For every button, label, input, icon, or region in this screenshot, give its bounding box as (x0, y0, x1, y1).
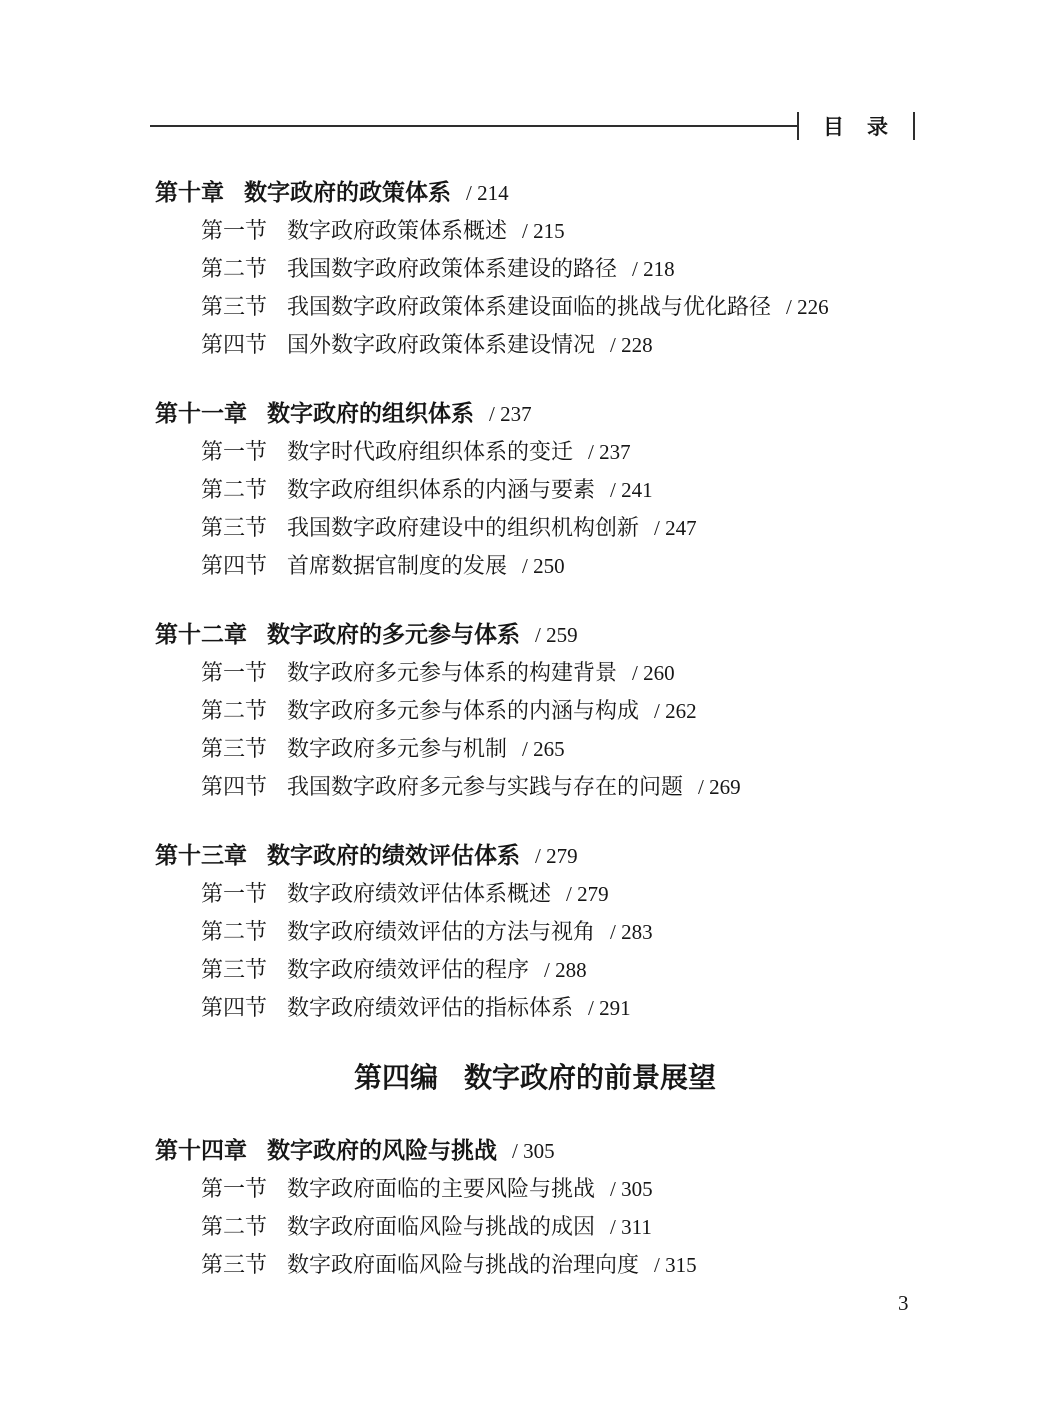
section-title: 我国数字政府多元参与实践与存在的问题 (287, 774, 683, 799)
toc-chapter-entry: 第十四章数字政府的风险与挑战/ 305 (155, 1131, 915, 1170)
toc-section-entry: 第一节数字政府多元参与体系的构建背景/ 260 (155, 654, 915, 692)
toc-section-entry: 第一节数字政府政策体系概述/ 215 (155, 212, 915, 250)
toc-section-entry: 第一节数字时代政府组织体系的变迁/ 237 (155, 433, 915, 471)
section-page-ref: / 218 (632, 257, 675, 281)
toc-section-entry: 第一节数字政府绩效评估体系概述/ 279 (155, 875, 915, 913)
section-title: 数字政府面临风险与挑战的治理向度 (287, 1252, 639, 1277)
section-title: 数字政府绩效评估的指标体系 (287, 995, 573, 1020)
toc-section-entry: 第二节数字政府组织体系的内涵与要素/ 241 (155, 471, 915, 509)
section-number-label: 第二节 (201, 256, 267, 281)
toc-chapter-block: 第十三章数字政府的绩效评估体系/ 279 第一节数字政府绩效评估体系概述/ 27… (155, 836, 915, 1027)
section-page-ref: / 269 (698, 775, 741, 799)
toc-section-entry: 第二节数字政府绩效评估的方法与视角/ 283 (155, 913, 915, 951)
section-number-label: 第三节 (201, 515, 267, 540)
section-page-ref: / 241 (610, 478, 653, 502)
chapter-title: 数字政府的组织体系 (267, 400, 474, 426)
section-number-label: 第三节 (201, 957, 267, 982)
section-page-ref: / 265 (522, 737, 565, 761)
chapter-number-label: 第十一章 (155, 400, 247, 426)
section-page-ref: / 237 (588, 440, 631, 464)
section-number-label: 第二节 (201, 477, 267, 502)
toc-section-entry: 第四节国外数字政府政策体系建设情况/ 228 (155, 326, 915, 364)
toc-chapter-block: 第十二章数字政府的多元参与体系/ 259 第一节数字政府多元参与体系的构建背景/… (155, 615, 915, 806)
section-title: 我国数字政府政策体系建设面临的挑战与优化路径 (287, 294, 771, 319)
section-title: 数字政府多元参与体系的构建背景 (287, 660, 617, 685)
toc-chapter-block: 第十四章数字政府的风险与挑战/ 305 第一节数字政府面临的主要风险与挑战/ 3… (155, 1131, 915, 1284)
section-page-ref: / 311 (610, 1215, 652, 1239)
section-title: 数字时代政府组织体系的变迁 (287, 439, 573, 464)
section-page-ref: / 247 (654, 516, 697, 540)
section-title: 我国数字政府政策体系建设的路径 (287, 256, 617, 281)
section-title: 数字政府绩效评估的程序 (287, 957, 529, 982)
section-page-ref: / 279 (566, 882, 609, 906)
section-page-ref: / 228 (610, 333, 653, 357)
chapter-page-ref: / 259 (535, 623, 578, 647)
part-number-label: 第四编 (354, 1063, 438, 1094)
header-title: 目 录 (799, 111, 913, 141)
section-number-label: 第一节 (201, 1176, 267, 1201)
section-title: 数字政府绩效评估的方法与视角 (287, 919, 595, 944)
section-number-label: 第三节 (201, 294, 267, 319)
section-number-label: 第一节 (201, 660, 267, 685)
toc-section-entry: 第四节我国数字政府多元参与实践与存在的问题/ 269 (155, 768, 915, 806)
toc-chapter-entry: 第十章数字政府的政策体系/ 214 (155, 173, 915, 212)
section-page-ref: / 215 (522, 219, 565, 243)
chapter-number-label: 第十四章 (155, 1137, 247, 1163)
section-number-label: 第三节 (201, 736, 267, 761)
section-title: 数字政府面临的主要风险与挑战 (287, 1176, 595, 1201)
chapter-page-ref: / 279 (535, 844, 578, 868)
section-number-label: 第四节 (201, 995, 267, 1020)
chapter-page-ref: / 237 (489, 402, 532, 426)
chapter-title: 数字政府的风险与挑战 (267, 1137, 497, 1163)
section-title: 数字政府面临风险与挑战的成因 (287, 1214, 595, 1239)
section-number-label: 第四节 (201, 774, 267, 799)
toc-section-entry: 第二节数字政府多元参与体系的内涵与构成/ 262 (155, 692, 915, 730)
section-title: 首席数据官制度的发展 (287, 553, 507, 578)
section-page-ref: / 250 (522, 554, 565, 578)
chapter-number-label: 第十章 (155, 179, 224, 205)
chapter-page-ref: / 305 (512, 1139, 555, 1163)
section-title: 我国数字政府建设中的组织机构创新 (287, 515, 639, 540)
toc-section-entry: 第三节数字政府多元参与机制/ 265 (155, 730, 915, 768)
section-page-ref: / 260 (632, 661, 675, 685)
section-page-ref: / 291 (588, 996, 631, 1020)
section-number-label: 第四节 (201, 332, 267, 357)
chapter-number-label: 第十三章 (155, 842, 247, 868)
toc-part-title: 第四编数字政府的前景展望 (155, 1057, 915, 1101)
page-number: 3 (898, 1291, 909, 1316)
section-title: 国外数字政府政策体系建设情况 (287, 332, 595, 357)
toc-chapter-block: 第十章数字政府的政策体系/ 214 第一节数字政府政策体系概述/ 215 第二节… (155, 173, 915, 364)
section-number-label: 第四节 (201, 553, 267, 578)
section-title: 数字政府政策体系概述 (287, 218, 507, 243)
section-page-ref: / 226 (786, 295, 829, 319)
toc-section-entry: 第四节首席数据官制度的发展/ 250 (155, 547, 915, 585)
section-page-ref: / 305 (610, 1177, 653, 1201)
section-number-label: 第一节 (201, 439, 267, 464)
section-number-label: 第三节 (201, 1252, 267, 1277)
toc-section-entry: 第一节数字政府面临的主要风险与挑战/ 305 (155, 1170, 915, 1208)
section-number-label: 第二节 (201, 698, 267, 723)
toc-section-entry: 第二节我国数字政府政策体系建设的路径/ 218 (155, 250, 915, 288)
section-page-ref: / 315 (654, 1253, 697, 1277)
toc-section-entry: 第三节我国数字政府建设中的组织机构创新/ 247 (155, 509, 915, 547)
toc-section-entry: 第三节数字政府绩效评估的程序/ 288 (155, 951, 915, 989)
chapter-number-label: 第十二章 (155, 621, 247, 647)
section-page-ref: / 288 (544, 958, 587, 982)
toc-chapter-entry: 第十二章数字政府的多元参与体系/ 259 (155, 615, 915, 654)
chapter-title: 数字政府的政策体系 (244, 179, 451, 205)
section-title: 数字政府绩效评估体系概述 (287, 881, 551, 906)
toc-section-entry: 第三节数字政府面临风险与挑战的治理向度/ 315 (155, 1246, 915, 1284)
section-title: 数字政府多元参与体系的内涵与构成 (287, 698, 639, 723)
section-number-label: 第一节 (201, 218, 267, 243)
table-of-contents: 第十章数字政府的政策体系/ 214 第一节数字政府政策体系概述/ 215 第二节… (155, 173, 915, 1314)
toc-chapter-entry: 第十三章数字政府的绩效评估体系/ 279 (155, 836, 915, 875)
section-number-label: 第一节 (201, 881, 267, 906)
section-title: 数字政府多元参与机制 (287, 736, 507, 761)
toc-section-entry: 第四节数字政府绩效评估的指标体系/ 291 (155, 989, 915, 1027)
header-bar-right (913, 112, 915, 140)
section-title: 数字政府组织体系的内涵与要素 (287, 477, 595, 502)
chapter-title: 数字政府的多元参与体系 (267, 621, 520, 647)
toc-chapter-entry: 第十一章数字政府的组织体系/ 237 (155, 394, 915, 433)
page-header: 目 录 (150, 112, 915, 140)
section-number-label: 第二节 (201, 919, 267, 944)
chapter-page-ref: / 214 (466, 181, 509, 205)
section-page-ref: / 283 (610, 920, 653, 944)
header-rule (150, 125, 797, 127)
toc-chapter-block: 第十一章数字政府的组织体系/ 237 第一节数字时代政府组织体系的变迁/ 237… (155, 394, 915, 585)
toc-section-entry: 第三节我国数字政府政策体系建设面临的挑战与优化路径/ 226 (155, 288, 915, 326)
section-page-ref: / 262 (654, 699, 697, 723)
chapter-title: 数字政府的绩效评估体系 (267, 842, 520, 868)
section-number-label: 第二节 (201, 1214, 267, 1239)
toc-section-entry: 第二节数字政府面临风险与挑战的成因/ 311 (155, 1208, 915, 1246)
part-title-text: 数字政府的前景展望 (464, 1063, 716, 1094)
